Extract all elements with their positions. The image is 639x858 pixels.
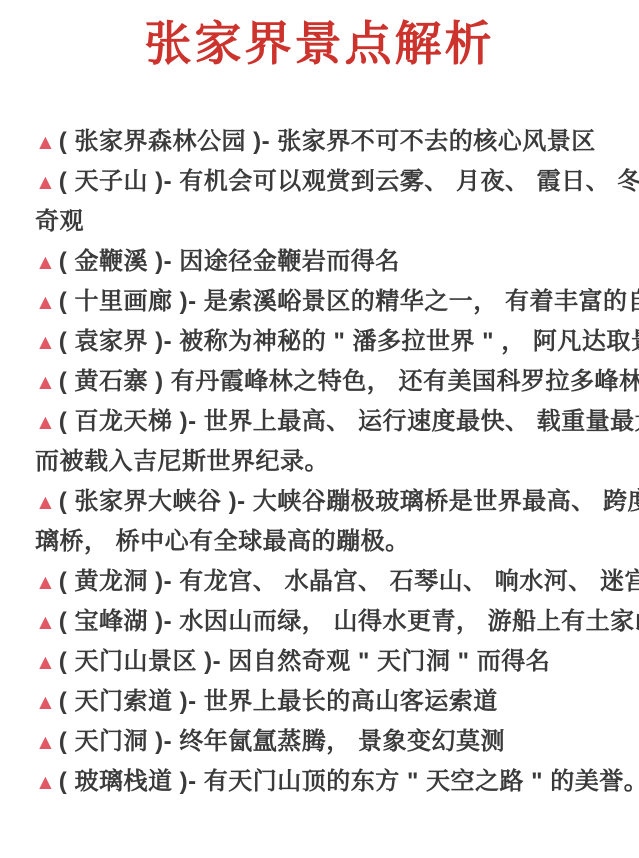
list-item: ▲( 天门山景区 )- 因自然奇观 " 天门洞 " 而得名 [35, 642, 635, 682]
triangle-bullet-icon: ▲ [35, 163, 56, 203]
list-item-text: ( 天门索道 )- 世界上最长的高山客运索道 [59, 688, 498, 715]
list-item-text: ( 黄龙洞 )- 有龙宫、 水晶宫、 石琴山、 响水河、 迷宫等游览线 [59, 568, 639, 595]
triangle-bullet-icon: ▲ [35, 483, 56, 523]
list-item: ▲( 百龙天梯 )- 世界上最高、 运行速度最快、 载重量最大的电梯 " [35, 402, 635, 442]
list-item-text: ( 袁家界 )- 被称为神秘的 " 潘多拉世界 " ， 阿凡达取景 [59, 328, 639, 355]
triangle-bullet-icon: ▲ [35, 723, 56, 763]
list-item: ▲( 天门洞 )- 终年氤氲蒸腾， 景象变幻莫测 [35, 722, 635, 762]
list-item: ▲( 十里画廊 )- 是索溪峪景区的精华之一， 有着丰富的自然景观 [35, 282, 635, 322]
triangle-bullet-icon: ▲ [35, 323, 56, 363]
list-item-text: ( 天子山 )- 有机会可以观赏到云雾、 月夜、 霞日、 冬雪四大 [59, 168, 639, 195]
list-item: ▲( 玻璃栈道 )- 有天门山顶的东方 " 天空之路 " 的美誉。 [35, 762, 635, 802]
list-item-continuation: 璃桥， 桥中心有全球最高的蹦极。 [35, 522, 635, 562]
list-item-text: ( 张家界森林公园 )- 张家界不可不去的核心风景区 [59, 128, 596, 155]
list-item-text: 奇观 [35, 208, 84, 235]
list-item-continuation: 奇观 [35, 202, 635, 242]
page-title: 张家界景点解析 [0, 14, 639, 74]
list-item-text: ( 金鞭溪 )- 因途径金鞭岩而得名 [59, 248, 400, 275]
list-item-text: ( 天门山景区 )- 因自然奇观 " 天门洞 " 而得名 [59, 648, 550, 675]
list-item: ▲( 张家界森林公园 )- 张家界不可不去的核心风景区 [35, 122, 635, 162]
list-item: ▲( 天子山 )- 有机会可以观赏到云雾、 月夜、 霞日、 冬雪四大 [35, 162, 635, 202]
triangle-bullet-icon: ▲ [35, 123, 56, 163]
triangle-bullet-icon: ▲ [35, 763, 56, 803]
list-item: ▲( 金鞭溪 )- 因途径金鞭岩而得名 [35, 242, 635, 282]
list-item: ▲( 黄龙洞 )- 有龙宫、 水晶宫、 石琴山、 响水河、 迷宫等游览线 [35, 562, 635, 602]
list-item-text: ( 玻璃栈道 )- 有天门山顶的东方 " 天空之路 " 的美誉。 [59, 768, 639, 795]
list-item-continuation: 而被载入吉尼斯世界纪录。 [35, 442, 635, 482]
list-item: ▲( 天门索道 )- 世界上最长的高山客运索道 [35, 682, 635, 722]
scenic-spot-list: ▲( 张家界森林公园 )- 张家界不可不去的核心风景区▲( 天子山 )- 有机会… [35, 122, 635, 802]
scenic-spots-poster: 张家界景点解析 ▲( 张家界森林公园 )- 张家界不可不去的核心风景区▲( 天子… [0, 14, 639, 802]
list-item: ▲( 张家界大峡谷 )- 大峡谷蹦极玻璃桥是世界最高、 跨度最长的玻 [35, 482, 635, 522]
list-item: ▲( 宝峰湖 )- 水因山而绿， 山得水更青， 游船上有土家山歌表演 [35, 602, 635, 642]
list-item-text: ( 宝峰湖 )- 水因山而绿， 山得水更青， 游船上有土家山歌表演 [59, 608, 639, 635]
triangle-bullet-icon: ▲ [35, 403, 56, 443]
list-item-text: 而被载入吉尼斯世界纪录。 [35, 448, 329, 475]
list-item: ▲( 黄石寨 ) 有丹霞峰林之特色， 还有美国科罗拉多峰林之神韵 [35, 362, 635, 402]
triangle-bullet-icon: ▲ [35, 283, 56, 323]
list-item: ▲( 袁家界 )- 被称为神秘的 " 潘多拉世界 " ， 阿凡达取景 [35, 322, 635, 362]
triangle-bullet-icon: ▲ [35, 603, 56, 643]
triangle-bullet-icon: ▲ [35, 683, 56, 723]
list-item-text: ( 张家界大峡谷 )- 大峡谷蹦极玻璃桥是世界最高、 跨度最长的玻 [59, 488, 639, 515]
list-item-text: ( 黄石寨 ) 有丹霞峰林之特色， 还有美国科罗拉多峰林之神韵 [59, 368, 639, 395]
list-item-text: ( 百龙天梯 )- 世界上最高、 运行速度最快、 载重量最大的电梯 " [59, 408, 639, 435]
list-item-text: ( 十里画廊 )- 是索溪峪景区的精华之一， 有着丰富的自然景观 [59, 288, 639, 315]
triangle-bullet-icon: ▲ [35, 643, 56, 683]
list-item-text: ( 天门洞 )- 终年氤氲蒸腾， 景象变幻莫测 [59, 728, 505, 755]
triangle-bullet-icon: ▲ [35, 363, 56, 403]
list-item-text: 璃桥， 桥中心有全球最高的蹦极。 [35, 528, 410, 555]
triangle-bullet-icon: ▲ [35, 563, 56, 603]
triangle-bullet-icon: ▲ [35, 243, 56, 283]
